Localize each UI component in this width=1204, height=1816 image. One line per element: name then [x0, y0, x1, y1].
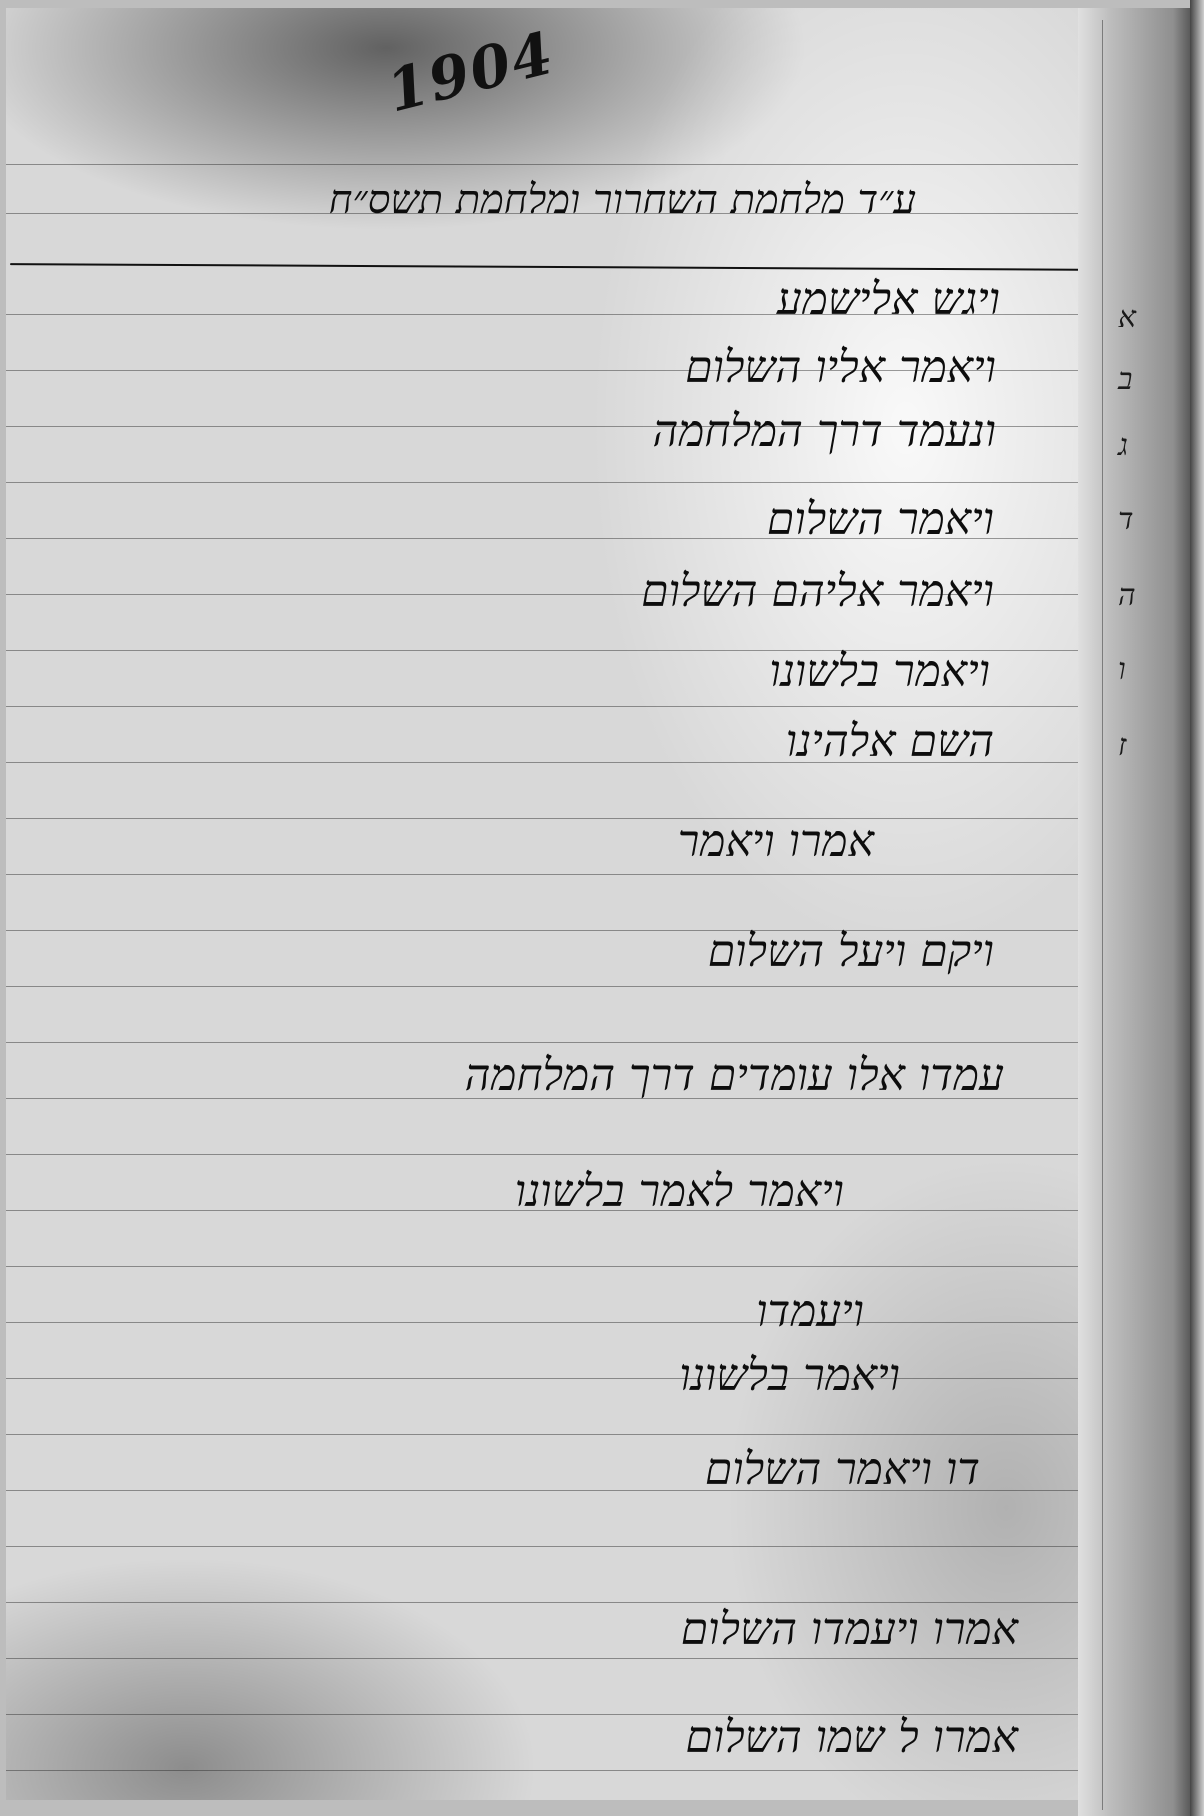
text-line-9: ויקם ויעל השלום [708, 930, 994, 974]
text-line-3: ונעמד דרך המלחמה [652, 410, 996, 454]
ruled-line [6, 1154, 1078, 1155]
ruled-line [6, 1658, 1078, 1659]
text-line-6: ויאמר בלשונו [769, 650, 990, 694]
ruled-line [6, 1770, 1078, 1771]
text-line-13: ויאמר בלשונו [679, 1354, 900, 1398]
text-line-5: ויאמר אליהם השלום [641, 570, 994, 614]
year-heading: 1904 [380, 19, 561, 126]
margin-number-5: ה [1118, 578, 1136, 613]
margin-rule [1102, 20, 1103, 1810]
ruled-line [6, 1378, 1078, 1379]
notebook-page: 1904 ע״ד מלחמת השחרור ומלחמת תשס״ח ויגש … [6, 8, 1078, 1800]
text-line-16: אמרו ל שמו השלום [685, 1716, 1018, 1760]
ruled-line [6, 874, 1078, 875]
margin-number-4: ד [1118, 502, 1133, 537]
text-line-11: ויאמר לאמר בלשונו [515, 1170, 844, 1214]
margin-number-7: ז [1118, 728, 1126, 763]
ruled-line [6, 1266, 1078, 1267]
ruled-line [6, 706, 1078, 707]
text-line-2: ויאמר אליו השלום [685, 346, 996, 390]
ruled-line [6, 1042, 1078, 1043]
text-line-14: דו ויאמר השלום [705, 1448, 980, 1492]
text-line-15: אמרו ויעמדו השלום [681, 1608, 1018, 1652]
notebook-outer-edge [1190, 0, 1204, 1816]
text-line-8: אמרו ויאמר [678, 820, 874, 864]
page-header: ע״ד מלחמת השחרור ומלחמת תשס״ח [329, 180, 916, 220]
margin-number-6: ו [1118, 652, 1126, 687]
text-line-10: עמדו אלו עומדים דרך המלחמה [465, 1054, 1004, 1098]
text-line-12: ויעמדו [756, 1290, 864, 1334]
text-line-4: ויאמר השלום [767, 498, 994, 542]
ruled-line [6, 1546, 1078, 1547]
ruled-line [6, 818, 1078, 819]
ruled-line [6, 1434, 1078, 1435]
header-divider [10, 263, 1078, 271]
ruled-line [6, 164, 1078, 165]
adjacent-page-margin [1078, 8, 1190, 1816]
ruled-line [6, 1602, 1078, 1603]
ruled-line [6, 1322, 1078, 1323]
text-line-1: ויגש אלישמע [777, 278, 1000, 322]
margin-number-1: א [1118, 300, 1136, 335]
ruled-line [6, 482, 1078, 483]
ruled-line [6, 986, 1078, 987]
text-line-7: השם אלהינו [786, 720, 994, 764]
margin-number-2: ב [1118, 362, 1132, 397]
margin-number-3: ג [1118, 428, 1128, 463]
